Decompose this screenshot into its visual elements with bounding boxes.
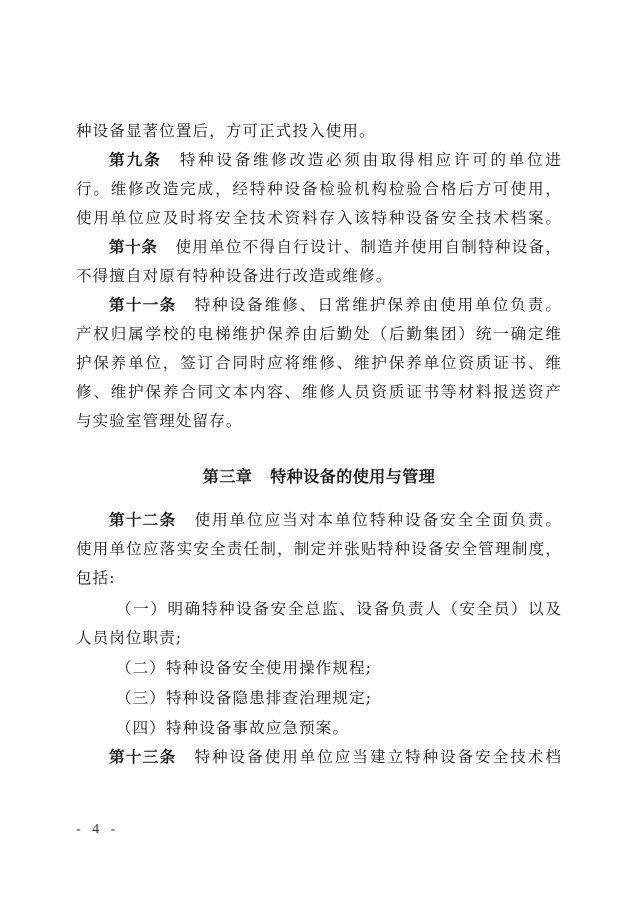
article-13-line: 第十三条特种设备使用单位应当建立特种设备安全技术档	[76, 743, 562, 772]
article-text: 特种设备使用单位应当建立特种设备安全技术档	[195, 748, 562, 766]
article-11-line: 第十一条特种设备维修、日常维护保养由使用单位负责。	[76, 291, 562, 320]
article-text: 特种设备维修改造必须由取得相应许可的单位进	[180, 151, 562, 169]
paragraph-line: 产权归属学校的电梯维护保养由后勤处（后勤集团）统一确定维	[76, 320, 562, 349]
paragraph-line: 护保养单位，签订合同时应将维修、维护保养单位资质证书、维	[76, 349, 562, 378]
paragraph-line: 与实验室管理处留存。	[76, 407, 562, 436]
list-item-1: （一）明确特种设备安全总监、设备负责人（安全员）以及	[76, 595, 562, 624]
paragraph-line: 使用单位应及时将安全技术资料存入该特种设备安全技术档案。	[76, 204, 562, 233]
article-text: 使用单位不得自行设计、制造并使用自制特种设备，	[175, 238, 562, 256]
list-item-3: （三）特种设备隐患排查治理规定;	[76, 684, 562, 713]
paragraph-line: 人员岗位职责;	[76, 624, 562, 653]
article-text: 特种设备维修、日常维护保养由使用单位负责。	[195, 296, 562, 314]
article-heading: 第九条	[109, 151, 162, 169]
article-12-line: 第十二条使用单位应当对本单位特种设备安全全面负责。	[76, 506, 562, 535]
article-heading: 第十一条	[109, 296, 177, 314]
paragraph-line: 修、维护保养合同文本内容、维修人员资质证书等材料报送资产	[76, 378, 562, 407]
chapter-title: 特种设备的使用与管理	[270, 467, 435, 486]
article-heading: 第十二条	[109, 511, 177, 529]
paragraph-line: 使用单位应落实安全责任制，制定并张贴特种设备安全管理制度，	[76, 535, 562, 564]
document-page: 种设备显著位置后，方可正式投入使用。 第九条特种设备维修改造必须由取得相应许可的…	[0, 0, 638, 902]
chapter-number: 第三章	[203, 467, 253, 486]
article-heading: 第十三条	[109, 748, 177, 766]
paragraph-line: 不得擅自对原有特种设备进行改造或维修。	[76, 262, 562, 291]
paragraph-line: 包括:	[76, 564, 562, 593]
paragraph-line: 行。维修改造完成，经特种设备检验机构检验合格后方可使用，	[76, 175, 562, 204]
article-10-line: 第十条使用单位不得自行设计、制造并使用自制特种设备，	[76, 233, 562, 262]
article-9-line: 第九条特种设备维修改造必须由取得相应许可的单位进	[76, 146, 562, 175]
article-text: 使用单位应当对本单位特种设备安全全面负责。	[195, 511, 562, 529]
paragraph-line: 种设备显著位置后，方可正式投入使用。	[76, 117, 562, 146]
list-item-4: （四）特种设备事故应急预案。	[76, 714, 562, 743]
list-item-2: （二）特种设备安全使用操作规程;	[76, 654, 562, 683]
article-heading: 第十条	[109, 238, 157, 256]
page-number: - 4 -	[76, 820, 119, 840]
chapter-heading: 第三章特种设备的使用与管理	[0, 462, 638, 491]
